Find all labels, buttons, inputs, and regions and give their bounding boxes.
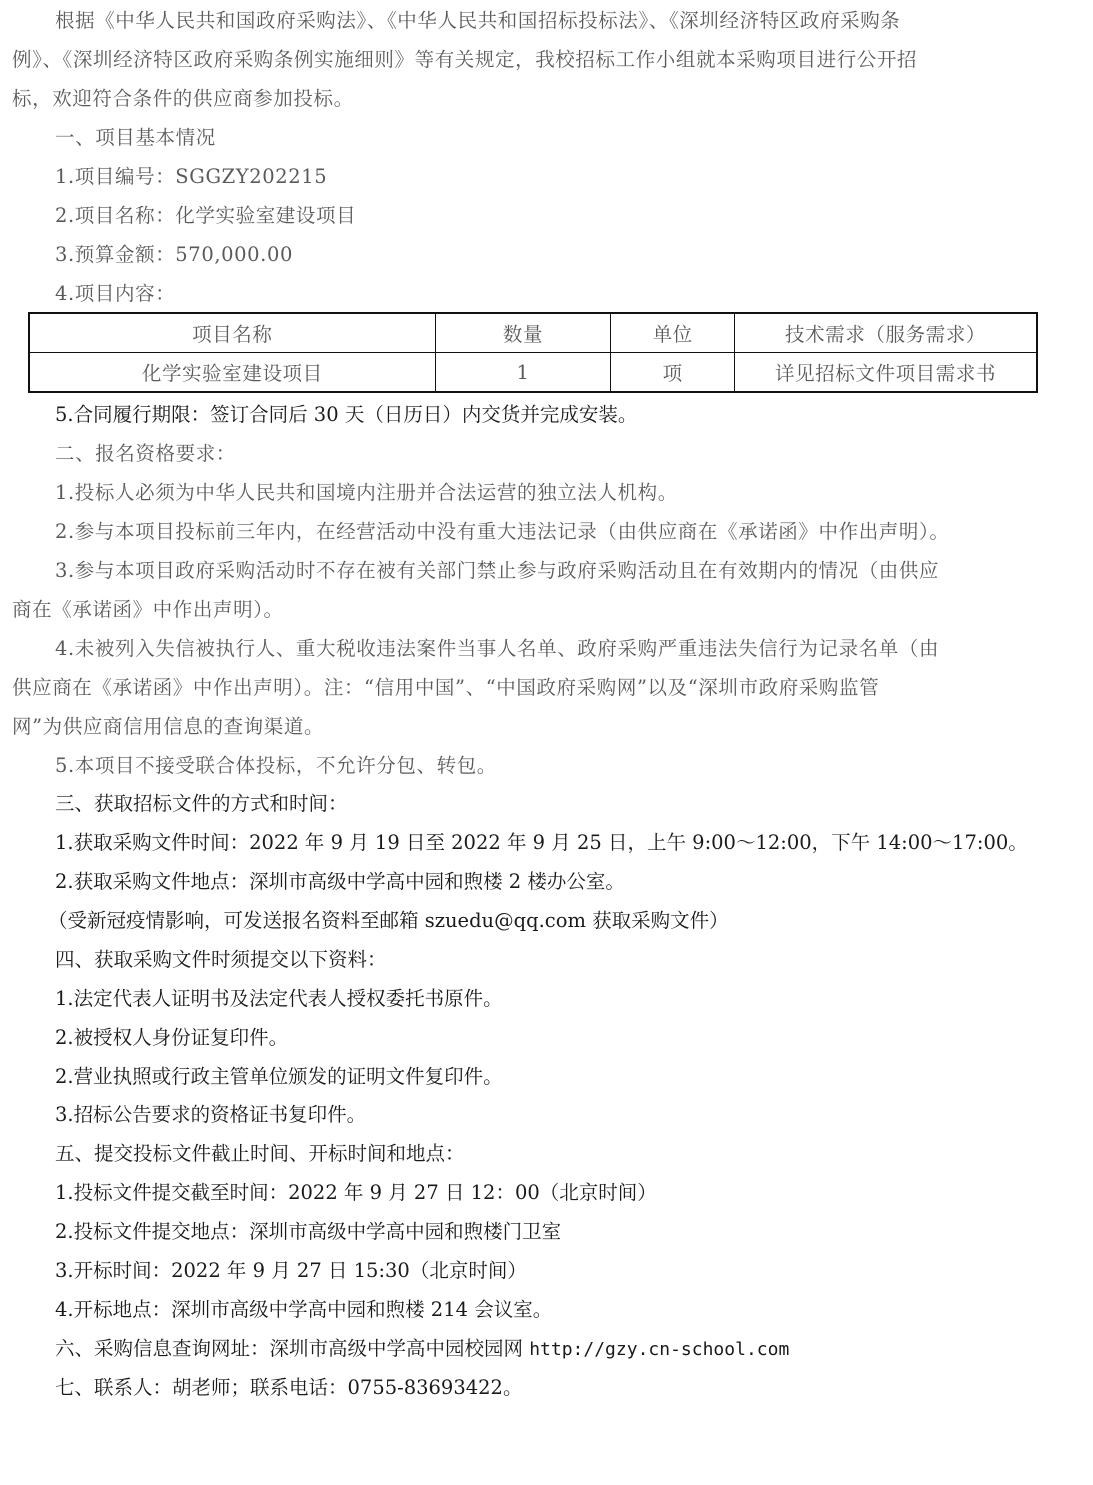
procurement-info-website: 六、采购信息查询网址：深圳市高级中学高中园校园网 http://gzy.cn-s…	[55, 1329, 1093, 1368]
requirement-4-line-2: 供应商在《承诺函》中作出声明）。注：“信用中国”、“中国政府采购网”以及“深圳市…	[12, 668, 1082, 707]
document-acquisition-time: 1.获取采购文件时间：2022 年 9 月 19 日至 2022 年 9 月 2…	[55, 823, 1093, 862]
requirement-2: 2.参与本项目投标前三年内，在经营活动中没有重大违法记录（由供应商在《承诺函》中…	[55, 512, 1093, 551]
bid-opening-location: 4.开标地点：深圳市高级中学高中园和煦楼 214 会议室。	[55, 1290, 1093, 1329]
required-material-2: 2.被授权人身份证复印件。	[55, 1018, 1093, 1057]
table-cell: 详见招标文件项目需求书	[735, 353, 1037, 393]
table-header-cell: 数量	[435, 313, 611, 353]
required-material-4: 3.招标公告要求的资格证书复印件。	[55, 1095, 1093, 1134]
table-header-row: 项目名称 数量 单位 技术需求（服务需求）	[29, 313, 1037, 353]
table-row: 化学实验室建设项目 1 项 详见招标文件项目需求书	[29, 353, 1037, 393]
section-2-heading: 二、报名资格要求：	[55, 434, 1093, 473]
requirement-1: 1.投标人必须为中华人民共和国境内注册并合法运营的独立法人机构。	[55, 473, 1093, 512]
email-note: （受新冠疫情影响，可发送报名资料至邮箱 szuedu@qq.com 获取采购文件…	[48, 901, 1093, 940]
section-5-heading: 五、提交投标文件截止时间、开标时间和地点：	[55, 1134, 1093, 1173]
intro-paragraph-line-3: 标，欢迎符合条件的供应商参加投标。	[12, 79, 1082, 118]
bid-deadline: 1.投标文件提交截至时间：2022 年 9 月 27 日 12：00（北京时间）	[55, 1173, 1093, 1212]
project-items-table: 项目名称 数量 单位 技术需求（服务需求） 化学实验室建设项目 1 项 详见招标…	[28, 312, 1038, 393]
bid-submission-location: 2.投标文件提交地点：深圳市高级中学高中园和煦楼门卫室	[55, 1212, 1093, 1251]
bid-opening-time: 3.开标时间：2022 年 9 月 27 日 15:30（北京时间）	[55, 1251, 1093, 1290]
table-header-cell: 项目名称	[29, 313, 435, 353]
project-name: 2.项目名称：化学实验室建设项目	[55, 196, 1093, 235]
requirement-5: 5.本项目不接受联合体投标，不允许分包、转包。	[55, 746, 1093, 785]
budget-amount: 3.预算金额：570,000.00	[55, 235, 1093, 274]
website-label: 六、采购信息查询网址：深圳市高级中学高中园校园网	[55, 1337, 529, 1360]
section-1-heading: 一、项目基本情况	[55, 118, 1093, 157]
contract-period: 5.合同履行期限：签订合同后 30 天（日历日）内交货并完成安装。	[55, 395, 1093, 434]
requirement-4-line-1: 4.未被列入失信被执行人、重大税收违法案件当事人名单、政府采购严重违法失信行为记…	[55, 629, 1093, 668]
required-material-1: 1.法定代表人证明书及法定代表人授权委托书原件。	[55, 979, 1093, 1018]
project-number: 1.项目编号：SGGZY202215	[55, 157, 1093, 196]
project-content-label: 4.项目内容：	[55, 274, 1093, 313]
section-3-heading: 三、获取招标文件的方式和时间：	[55, 784, 1093, 823]
contact-info: 七、联系人：胡老师；联系电话：0755-83693422。	[55, 1368, 1093, 1407]
table-cell: 化学实验室建设项目	[29, 353, 435, 393]
table-cell: 1	[435, 353, 611, 393]
table-header-cell: 单位	[611, 313, 735, 353]
website-url-link[interactable]: http://gzy.cn-school.com	[529, 1339, 789, 1360]
table-header-cell: 技术需求（服务需求）	[735, 313, 1037, 353]
intro-paragraph-line-2: 例》、《深圳经济特区政府采购条例实施细则》等有关规定，我校招标工作小组就本采购项…	[12, 40, 1082, 79]
table-cell: 项	[611, 353, 735, 393]
requirement-4-line-3: 网”为供应商信用信息的查询渠道。	[12, 707, 1082, 746]
requirement-3-line-2: 商在《承诺函》中作出声明）。	[12, 590, 1082, 629]
section-4-heading: 四、获取采购文件时须提交以下资料：	[55, 940, 1093, 979]
requirement-3-line-1: 3.参与本项目政府采购活动时不存在被有关部门禁止参与政府采购活动且在有效期内的情…	[55, 551, 1093, 590]
required-material-3: 2.营业执照或行政主管单位颁发的证明文件复印件。	[55, 1057, 1093, 1096]
document-acquisition-location: 2.获取采购文件地点：深圳市高级中学高中园和煦楼 2 楼办公室。	[55, 862, 1093, 901]
intro-paragraph-line-1: 根据《中华人民共和国政府采购法》、《中华人民共和国招标投标法》、《深圳经济特区政…	[55, 1, 1093, 40]
